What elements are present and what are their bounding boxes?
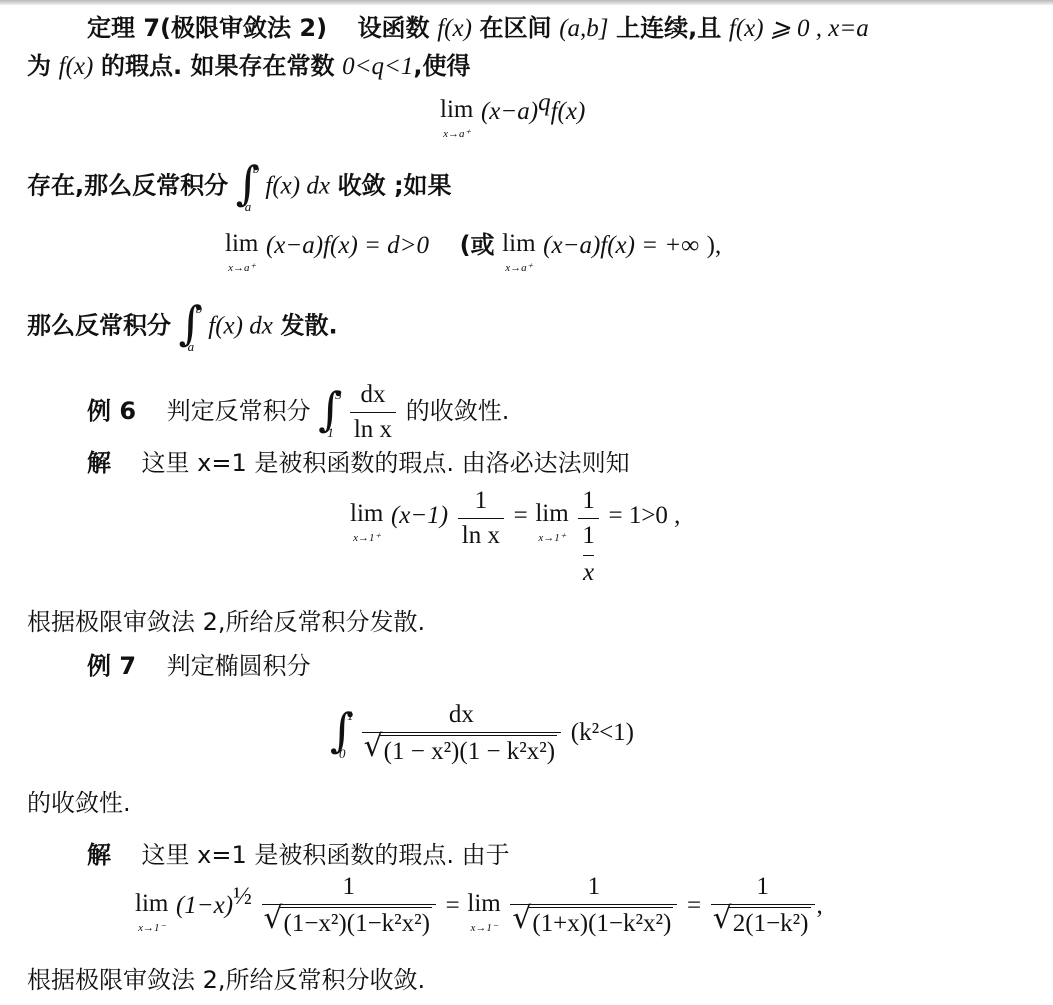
- example-6-solution: 解 这里 x=1 是被积函数的瑕点. 由洛必达法则知: [87, 448, 630, 478]
- solution-label: 解: [87, 449, 111, 477]
- example-6-statement: 例 6 判定反常积分 ∫31 dxln x 的收敛性.: [87, 380, 509, 445]
- example-7-label: 例 7: [87, 652, 136, 680]
- example-7-statement: 例 7 判定椭圆积分: [87, 651, 311, 681]
- theorem-line-3: 存在,那么反常积分 ∫ba f(x) dx 收敛 ;如果: [27, 160, 452, 214]
- integral-sign: ∫ba: [236, 160, 258, 214]
- example-7-statement-end: 的收敛性.: [27, 788, 131, 818]
- theorem-line-1: 定理 7(极限审敛法 2) 设函数 f(x) 在区间 (a,b] 上连续,且 f…: [87, 13, 869, 44]
- formula-limit-q: limx→a⁺ (x−a)qf(x): [440, 96, 585, 140]
- integral-sign: ∫31: [318, 386, 340, 440]
- example-7-solution: 解 这里 x=1 是被积函数的瑕点. 由于: [87, 840, 510, 870]
- integral-sign: ∫ba: [179, 300, 201, 354]
- example-7-formula: limx→1⁻ (1−x)½ 1(1−x²)(1−k²x²) = limx→1⁻…: [135, 890, 823, 939]
- example-6-formula: limx→1⁺ (x−1) 1ln x = limx→1⁺ 11x = 1>0 …: [350, 500, 680, 588]
- page-top-edge: [0, 0, 1053, 5]
- solution-label: 解: [87, 841, 111, 869]
- example-7-integral: ∫10 dx(1 − x²)(1 − k²x²) (k²<1): [330, 700, 634, 767]
- theorem-line-2: 为 f(x) 的瑕点. 如果存在常数 0<q<1,使得: [27, 51, 470, 82]
- example-6-label: 例 6: [87, 397, 136, 425]
- example-6-conclusion: 根据极限审敛法 2,所给反常积分发散.: [27, 607, 425, 637]
- formula-limit-divergent: limx→a⁺ (x−a)f(x) = d>0 (或 limx→a⁺ (x−a)…: [225, 230, 721, 274]
- example-7-conclusion: 根据极限审敛法 2,所给反常积分收敛.: [27, 965, 425, 995]
- theorem-line-4: 那么反常积分 ∫ba f(x) dx 发散.: [27, 300, 338, 354]
- integral-sign: ∫10: [330, 707, 352, 761]
- theorem-label: 定理 7(极限审敛法 2): [87, 14, 327, 42]
